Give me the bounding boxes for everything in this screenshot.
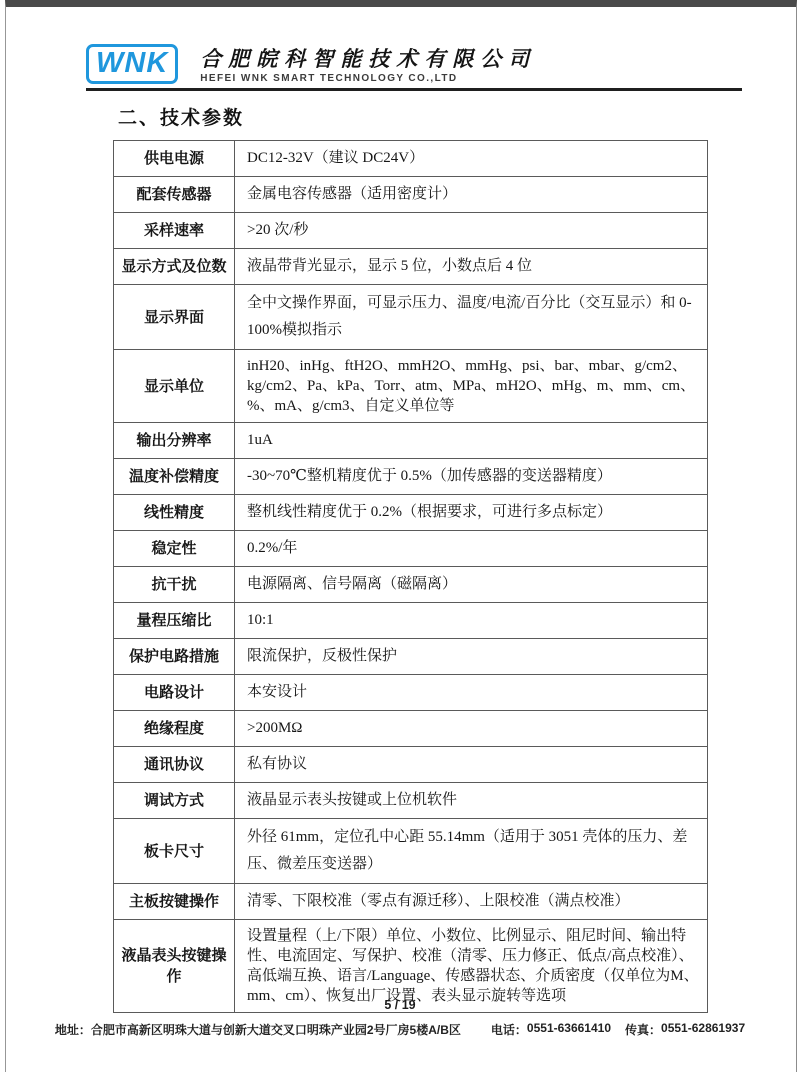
param-label-cell: 保护电路措施 (114, 639, 235, 675)
phone-label: 电话： (491, 1021, 527, 1038)
param-label-cell: 抗干扰 (114, 567, 235, 603)
param-value-cell: 外径 61mm，定位孔中心距 55.14mm（适用于 3051 壳体的压力、差压… (235, 819, 708, 884)
table-row: 电路设计本安设计 (114, 675, 708, 711)
param-value-cell: 本安设计 (235, 675, 708, 711)
param-label-cell: 调试方式 (114, 783, 235, 819)
param-value-cell: inH20、inHg、ftH2O、mmH2O、mmHg、psi、bar、mbar… (235, 350, 708, 423)
phone-value: 0551-63661410 (527, 1021, 611, 1038)
table-row: 主板按键操作清零、下限校准（零点有源迁移）、上限校准（满点校准） (114, 884, 708, 920)
wnk-logo-text: WNK (96, 49, 168, 78)
footer-contact-line: 地址： 合肥市高新区明珠大道与创新大道交叉口明珠产业园2号厂房5楼A/B区 电话… (0, 1021, 800, 1038)
fax-label: 传真： (625, 1021, 661, 1038)
table-row: 配套传感器金属电容传感器（适用密度计） (114, 177, 708, 213)
param-label-cell: 显示界面 (114, 285, 235, 350)
param-value-cell: 金属电容传感器（适用密度计） (235, 177, 708, 213)
company-names: 合肥皖科智能技术有限公司 HEFEI WNK SMART TECHNOLOGY … (200, 46, 536, 84)
param-value-cell: 液晶带背光显示，显示 5 位，小数点后 4 位 (235, 249, 708, 285)
param-value-cell: >20 次/秒 (235, 213, 708, 249)
table-row: 显示界面全中文操作界面，可显示压力、温度/电流/百分比（交互显示）和 0-100… (114, 285, 708, 350)
param-value-cell: 清零、下限校准（零点有源迁移）、上限校准（满点校准） (235, 884, 708, 920)
document-page: WNK 合肥皖科智能技术有限公司 HEFEI WNK SMART TECHNOL… (0, 0, 800, 1084)
param-label-cell: 供电电源 (114, 141, 235, 177)
table-row: 抗干扰电源隔离、信号隔离（磁隔离） (114, 567, 708, 603)
param-value-cell: 全中文操作界面，可显示压力、温度/电流/百分比（交互显示）和 0-100%模拟指… (235, 285, 708, 350)
param-label-cell: 采样速率 (114, 213, 235, 249)
table-row: 稳定性0.2%/年 (114, 531, 708, 567)
table-row: 绝缘程度>200MΩ (114, 711, 708, 747)
footer-gap (611, 1021, 625, 1038)
param-value-cell: 0.2%/年 (235, 531, 708, 567)
param-value-cell: 1uA (235, 423, 708, 459)
table-row: 量程压缩比10:1 (114, 603, 708, 639)
param-label-cell: 绝缘程度 (114, 711, 235, 747)
footer-gap (461, 1021, 491, 1038)
address-label: 地址： (55, 1021, 91, 1038)
header-divider (86, 88, 742, 91)
param-label-cell: 通讯协议 (114, 747, 235, 783)
param-label-cell: 输出分辨率 (114, 423, 235, 459)
param-label-cell: 温度补偿精度 (114, 459, 235, 495)
table-row: 供电电源DC12-32V（建议 DC24V） (114, 141, 708, 177)
param-value-cell: -30~70℃整机精度优于 0.5%（加传感器的变送器精度） (235, 459, 708, 495)
table-row: 显示方式及位数液晶带背光显示，显示 5 位，小数点后 4 位 (114, 249, 708, 285)
table-row: 线性精度整机线性精度优于 0.2%（根据要求，可进行多点标定） (114, 495, 708, 531)
table-row: 显示单位inH20、inHg、ftH2O、mmH2O、mmHg、psi、bar、… (114, 350, 708, 423)
company-name-english: HEFEI WNK SMART TECHNOLOGY CO.,LTD (200, 73, 536, 84)
address-value: 合肥市高新区明珠大道与创新大道交叉口明珠产业园2号厂房5楼A/B区 (91, 1021, 461, 1038)
table-row: 板卡尺寸外径 61mm，定位孔中心距 55.14mm（适用于 3051 壳体的压… (114, 819, 708, 884)
param-label-cell: 配套传感器 (114, 177, 235, 213)
wnk-logo: WNK (86, 44, 178, 84)
param-label-cell: 显示方式及位数 (114, 249, 235, 285)
param-label-cell: 主板按键操作 (114, 884, 235, 920)
param-label-cell: 显示单位 (114, 350, 235, 423)
page-header: WNK 合肥皖科智能技术有限公司 HEFEI WNK SMART TECHNOL… (86, 44, 742, 84)
table-row: 通讯协议私有协议 (114, 747, 708, 783)
section-title: 二、技术参数 (118, 103, 800, 130)
param-value-cell: 限流保护，反极性保护 (235, 639, 708, 675)
param-label-cell: 量程压缩比 (114, 603, 235, 639)
table-row: 采样速率>20 次/秒 (114, 213, 708, 249)
page-number: 5 / 19 (0, 998, 800, 1012)
spec-table: 供电电源DC12-32V（建议 DC24V）配套传感器金属电容传感器（适用密度计… (113, 140, 708, 1013)
company-name-chinese: 合肥皖科智能技术有限公司 (200, 46, 536, 71)
param-value-cell: 电源隔离、信号隔离（磁隔离） (235, 567, 708, 603)
param-value-cell: 整机线性精度优于 0.2%（根据要求，可进行多点标定） (235, 495, 708, 531)
fax-value: 0551-62861937 (661, 1021, 745, 1038)
param-label-cell: 电路设计 (114, 675, 235, 711)
param-label-cell: 板卡尺寸 (114, 819, 235, 884)
param-label-cell: 线性精度 (114, 495, 235, 531)
param-value-cell: DC12-32V（建议 DC24V） (235, 141, 708, 177)
param-value-cell: 液晶显示表头按键或上位机软件 (235, 783, 708, 819)
table-row: 温度补偿精度-30~70℃整机精度优于 0.5%（加传感器的变送器精度） (114, 459, 708, 495)
param-value-cell: >200MΩ (235, 711, 708, 747)
spec-table-body: 供电电源DC12-32V（建议 DC24V）配套传感器金属电容传感器（适用密度计… (114, 141, 708, 1013)
param-label-cell: 稳定性 (114, 531, 235, 567)
table-row: 保护电路措施限流保护，反极性保护 (114, 639, 708, 675)
table-row: 输出分辨率1uA (114, 423, 708, 459)
param-value-cell: 私有协议 (235, 747, 708, 783)
page-footer: 5 / 19 地址： 合肥市高新区明珠大道与创新大道交叉口明珠产业园2号厂房5楼… (0, 998, 800, 1038)
param-value-cell: 10:1 (235, 603, 708, 639)
table-row: 调试方式液晶显示表头按键或上位机软件 (114, 783, 708, 819)
